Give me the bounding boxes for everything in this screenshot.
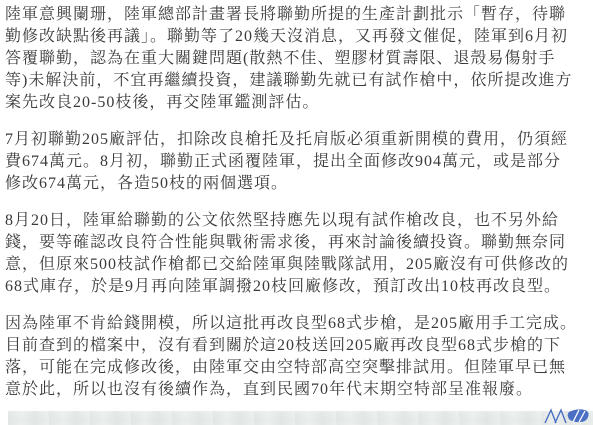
paragraph: 8月20日，陸軍給聯勤的公文依然堅持應先以現有試作槍改良，也不另外給 錢，要等確… — [5, 210, 590, 298]
watermark-logo-icon — [543, 407, 591, 425]
paragraph: 因為陸軍不肯給錢開模，所以這批再改良型68式步槍，是205廠用手工完成。 目前查… — [5, 313, 590, 401]
text-line: 答覆聯勤，認為在重大關鍵問題(散熱不佳、塑膠材質壽限、退殼易傷射手 — [5, 48, 590, 70]
text-line: 8月20日，陸軍給聯勤的公文依然堅持應先以現有試作槍改良，也不另外給 — [5, 210, 590, 232]
text-line: 意於此，所以也沒有後續作為，直到民國70年代末期空特部呈准報廢。 — [5, 379, 590, 401]
text-line: 修改674萬元，各造50枝的兩個選項。 — [5, 173, 590, 195]
text-line: 錢，要等確認改良符合性能與戰術需求後，再來討論後續投資。聯勤無奈同 — [5, 232, 590, 254]
text-line: 費674萬元。8月初，聯勤正式函覆陸軍，提出全面修改904萬元，或是部分 — [5, 151, 590, 173]
text-line: 意，但原來500枝試作槍都已交給陸軍與陸戰隊試用，205廠沒有可供修改的 — [5, 254, 590, 276]
text-line: 陸軍意興闌珊，陸軍總部計畫署長將聯勤所提的生產計劃批示「暫存，待聯 — [5, 4, 590, 26]
text-line: 落，可能在完成修改後，由陸軍交由空特部高空突擊排試用。但陸軍早已無 — [5, 357, 590, 379]
text-line: 7月初聯勤205廠評估，扣除改良槍托及托肩版必須重新開模的費用，仍須經 — [5, 129, 590, 151]
text-line: 案先改良20-50枝後，再交陸軍鑑測評估。 — [5, 92, 590, 114]
text-line: 68式庫存，於是9月再向陸軍調撥20枝回廠修改，預訂改出10枝再改良型。 — [5, 276, 590, 298]
text-line: 等)未解決前，不宜再繼續投資，建議聯勤先就已有試作槍中，依所提改進方 — [5, 70, 590, 92]
photo-top-edge — [8, 411, 593, 425]
article-body: 陸軍意興闌珊，陸軍總部計畫署長將聯勤所提的生產計劃批示「暫存，待聯 勤修改缺點後… — [0, 0, 593, 401]
text-line: 目前查到的檔案中，沒有看到關於這20枝送回205廠再改良型68式步槍的下 — [5, 335, 590, 357]
paragraph: 7月初聯勤205廠評估，扣除改良槍托及托肩版必須重新開模的費用，仍須經 費674… — [5, 129, 590, 195]
text-line: 勤修改缺點後再議」。聯勤等了20幾天沒消息，又再發文催促，陸軍到6月初 — [5, 26, 590, 48]
paragraph: 陸軍意興闌珊，陸軍總部計畫署長將聯勤所提的生產計劃批示「暫存，待聯 勤修改缺點後… — [5, 4, 590, 114]
text-line: 因為陸軍不肯給錢開模，所以這批再改良型68式步槍，是205廠用手工完成。 — [5, 313, 590, 335]
